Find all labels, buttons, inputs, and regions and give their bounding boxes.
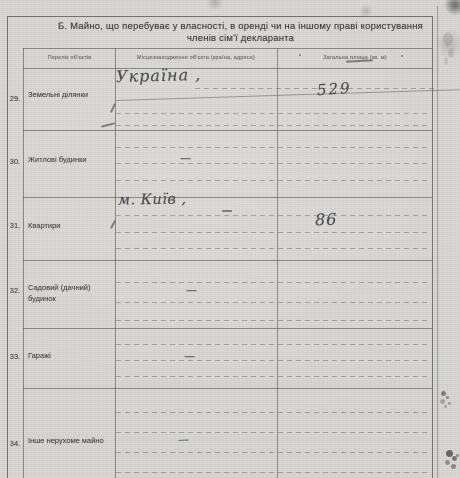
handwriting-dash: — — [186, 284, 197, 297]
row-separator-32-33 — [23, 328, 432, 329]
scan-smudge — [441, 391, 446, 396]
handwriting-area-86: 86 — [315, 210, 338, 230]
ruled-line — [116, 113, 431, 114]
ruled-line — [116, 302, 431, 303]
ruled-line — [116, 282, 431, 283]
ruled-line — [116, 376, 431, 377]
ruled-line — [116, 432, 431, 433]
row-separator-29-30 — [23, 130, 432, 131]
row-separator-31-32 — [23, 260, 432, 261]
row-label-land-plots: Земельні ділянки — [28, 90, 114, 101]
handwriting-city: м. Київ , — [118, 191, 187, 208]
handwriting-dash: — — [180, 152, 191, 165]
row-separator-30-31 — [23, 197, 432, 198]
scan-smudge — [443, 32, 453, 46]
ruled-line — [116, 412, 431, 413]
row-label-other-property: Інше нерухоме майно — [28, 436, 114, 447]
col-header-objects: Перелік об'єктів — [24, 48, 115, 68]
ruled-line — [116, 125, 431, 126]
table-vline-numbers — [23, 48, 24, 478]
ruled-line — [116, 320, 431, 321]
pen-dot — [299, 54, 301, 56]
handwriting-dash: — — [184, 350, 195, 363]
ruled-line — [116, 147, 431, 148]
ruled-line — [116, 180, 431, 181]
row-number: 32. — [7, 286, 23, 295]
row-number: 29. — [7, 94, 23, 103]
ruled-line — [116, 452, 431, 453]
row-label-apartments: Квартири — [28, 221, 114, 232]
ruled-line — [116, 215, 431, 216]
row-number: 30. — [7, 157, 23, 166]
handwriting-area-529: 529 — [316, 79, 352, 99]
ruled-line — [116, 232, 431, 233]
ruled-line — [116, 344, 431, 345]
row-label-garden-house: Садовий (дачний) будинок — [28, 283, 114, 305]
scan-smudge — [446, 450, 453, 457]
ruled-line — [116, 248, 431, 249]
pen-tick — [222, 210, 232, 212]
row-label-residential-houses: Житлові будинки — [28, 155, 114, 166]
section-title-line2: членів сім'ї декларанта — [28, 33, 453, 44]
ruled-line — [195, 88, 435, 89]
col-header-area: Загальна площа (кв. м) — [278, 48, 432, 68]
ruled-line — [116, 472, 431, 473]
table-header-bottom-line — [23, 68, 432, 69]
handwriting-country: Україна , — [116, 65, 202, 86]
row-number: 34. — [7, 439, 23, 448]
row-number: 31. — [7, 221, 23, 230]
section-title-line1: Б. Майно, що перебуває у власності, в ор… — [28, 21, 453, 32]
section-border-box — [7, 16, 433, 478]
row-label-garages: Гаражі — [28, 351, 114, 362]
row-number: 33. — [7, 352, 23, 361]
ruled-line — [116, 360, 431, 361]
scanned-declaration-page: Б. Майно, що перебуває у власності, в ор… — [0, 0, 460, 478]
page-edge-line — [437, 6, 438, 478]
ruled-line — [116, 163, 431, 164]
handwriting-dash: — — [178, 433, 189, 446]
row-separator-33-34 — [23, 388, 432, 389]
pen-dot — [401, 55, 403, 57]
